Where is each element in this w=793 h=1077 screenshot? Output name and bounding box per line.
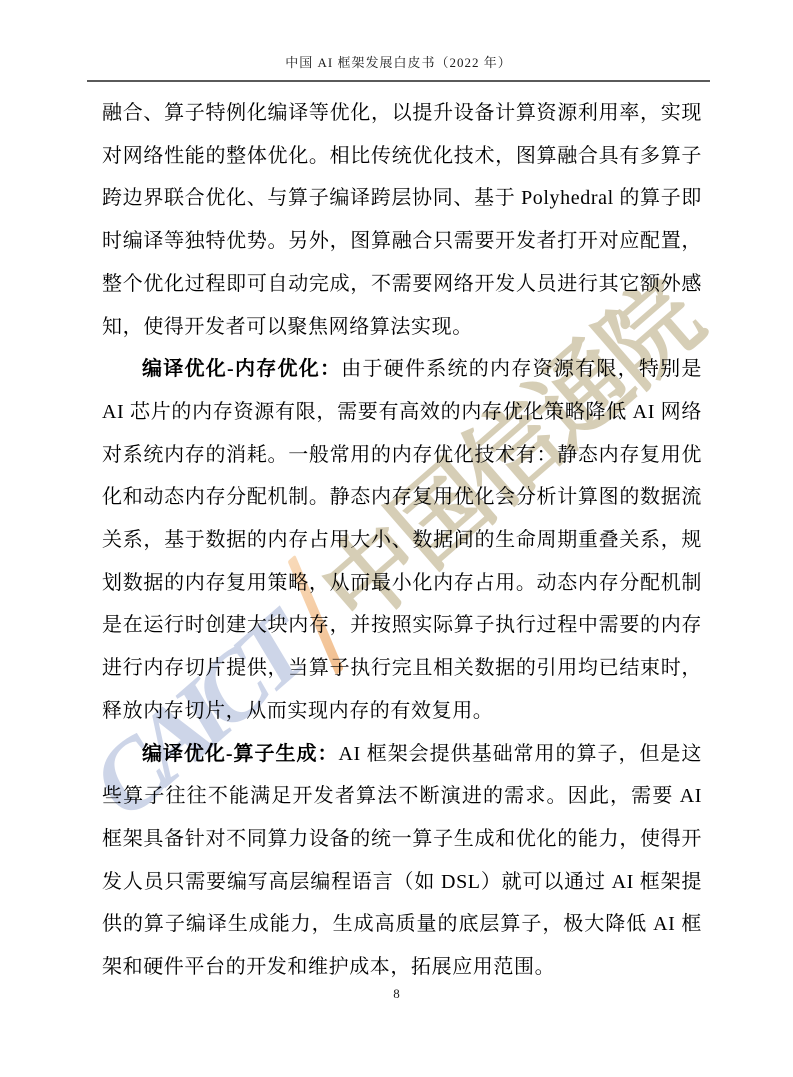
paragraph-lead: 编译优化-算子生成： <box>142 743 338 765</box>
page-number: 8 <box>0 986 793 1002</box>
header-rule <box>87 80 710 82</box>
paragraph: 编译优化-内存优化：由于硬件系统的内存资源有限，特别是 AI 芯片的内存资源有限… <box>102 348 702 732</box>
paragraph: 融合、算子特例化编译等优化，以提升设备计算资源利用率，实现对网络性能的整体优化。… <box>102 92 702 348</box>
document-body: 融合、算子特例化编译等优化，以提升设备计算资源利用率，实现对网络性能的整体优化。… <box>102 92 702 989</box>
paragraph-text: 融合、算子特例化编译等优化，以提升设备计算资源利用率，实现对网络性能的整体优化。… <box>102 102 702 338</box>
document-page: 中国 AI 框架发展白皮书（2022 年） CAICT 中国信通院 融合、算子特… <box>0 0 793 1077</box>
header-title: 中国 AI 框架发展白皮书（2022 年） <box>87 52 710 71</box>
paragraph: 编译优化-算子生成：AI 框架会提供基础常用的算子，但是这些算子往往不能满足开发… <box>102 733 702 989</box>
paragraph-text: 由于硬件系统的内存资源有限，特别是 AI 芯片的内存资源有限，需要有高效的内存优… <box>102 358 702 722</box>
paragraph-text: AI 框架会提供基础常用的算子，但是这些算子往往不能满足开发者算法不断演进的需求… <box>102 743 702 979</box>
paragraph-lead: 编译优化-内存优化： <box>142 358 341 380</box>
